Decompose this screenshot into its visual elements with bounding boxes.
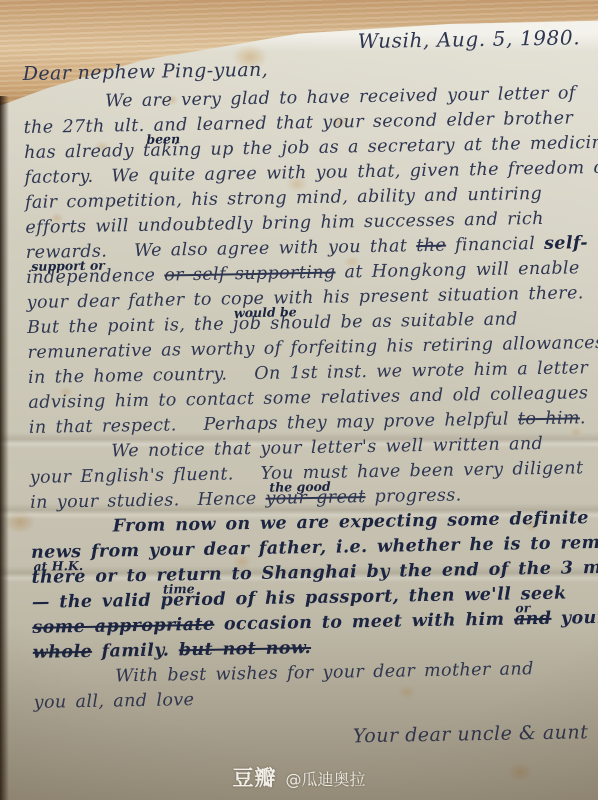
handwriting-text: has already: [24, 141, 143, 163]
handwriting-text: in your studies. Hence: [30, 489, 266, 513]
struck-text: some appropriate: [32, 615, 214, 638]
handwriting-text: But the point is, the: [27, 314, 233, 338]
inserted-correction: support or: [31, 260, 105, 274]
watermark-brand: 豆瓣: [232, 762, 276, 792]
corrected-text: taking upbeen: [143, 137, 234, 164]
paragraph: We are very glad to have received your l…: [23, 81, 598, 441]
struck-text: whole: [33, 642, 93, 663]
photo-of-handwritten-letter: Wusih, Aug. 5, 1980. Dear nephew Ping-yu…: [0, 0, 598, 800]
handwriting-text: you all, and love: [34, 690, 195, 713]
paragraph: With best wishes for your dear mother an…: [33, 656, 598, 716]
paragraph: From now on we are expecting some defini…: [30, 506, 598, 666]
corrected-text: independencesupport or: [26, 264, 155, 291]
corrected-text: your greatthe good: [265, 485, 365, 512]
watermark-username: @瓜迪奥拉: [285, 767, 365, 790]
inserted-correction: at H.K.: [33, 560, 83, 573]
handwriting-text: — the valid: [32, 591, 161, 613]
handwriting-text: .: [580, 408, 586, 428]
handwriting-text: your: [551, 608, 598, 629]
inserted-correction: been: [146, 133, 180, 146]
letter-content: Wusih, Aug. 5, 1980. Dear nephew Ping-yu…: [22, 25, 598, 753]
handwriting-text: progress.: [365, 485, 461, 507]
handwriting-text: the job as a secretary at the medicine: [234, 133, 598, 160]
letter-body: We are very glad to have received your l…: [23, 81, 598, 716]
inserted-correction: the good: [269, 481, 331, 495]
handwriting-text: [155, 266, 164, 286]
corrected-text: periodtime: [160, 588, 226, 614]
inserted-correction: or: [515, 602, 530, 615]
struck-text: or self supporting: [164, 263, 336, 286]
handwriting-text: occasion to meet with him: [214, 609, 514, 634]
struck-text: to him: [518, 408, 580, 429]
struck-text: but not now.: [179, 638, 312, 660]
corrected-text: jobwould be: [233, 312, 262, 337]
struck-text: the: [416, 236, 446, 257]
handwriting-text: at Hongkong will enable: [335, 258, 579, 282]
inserted-correction: would be: [234, 306, 297, 320]
handwriting-text: financial: [446, 234, 544, 256]
handwriting-text: With best wishes for your dear mother an…: [115, 659, 534, 686]
watermark: 豆瓣 @瓜迪奥拉: [232, 762, 365, 792]
inserted-correction: time: [163, 583, 195, 596]
corrected-text: andor: [514, 607, 552, 633]
handwriting-text: family.: [92, 640, 179, 662]
corrected-text: thereat H.K.: [31, 565, 86, 591]
handwriting-text: self-: [544, 233, 588, 254]
handwriting-text: should be as suitable and: [261, 309, 518, 333]
paragraph: We notice that your letter's well writte…: [29, 431, 598, 516]
paper-edge-shadow: [0, 96, 9, 800]
